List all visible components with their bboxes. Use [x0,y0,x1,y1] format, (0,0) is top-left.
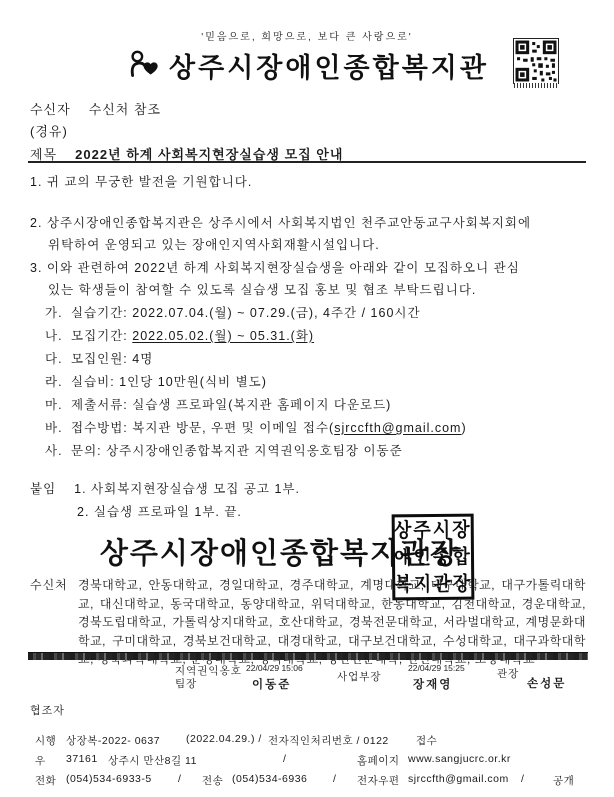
paragraph-3-line1: 3. 이와 관련하여 2022년 하계 사회복지현장실습생을 아래와 같이 모집… [30,258,520,276]
email-address: sjrccfth@gmail.com [408,773,509,785]
slash: / [178,773,181,785]
slash: / [333,773,336,785]
fax-number: (054)534-6936 [232,773,307,785]
approver3-title: 관장 [497,668,527,681]
recipient-value: 수신처 참조 [89,102,161,117]
list-item: 라.실습비: 1인당 10만원(식비 별도) [45,372,267,390]
subject-divider [28,161,586,163]
approver1-timestamp: 22/04/29 15:06 [246,663,303,673]
tel-label: 전화 [35,773,56,788]
signature-title: 상주시장애인종합복지관장 [0,531,560,572]
zip-label: 우 [35,753,46,768]
recipient-label: 수신자 [30,99,71,118]
doc-number: 상장복-2022- 0637 [66,733,160,748]
paragraph-2-line2: 위탁하여 운영되고 있는 장애인지역사회재활시설입니다. [48,235,380,253]
approver1-name: 이동준 [252,676,291,692]
cooperator-label: 협조자 [30,702,65,718]
separator-bar [28,652,588,660]
list-item: 가.실습기간: 2022.07.04.(월) ~ 07.29.(금), 4주간 … [45,303,421,321]
via-line: (경유) [30,121,68,140]
receipt-label: 접수 [416,733,437,748]
paragraph-2-line1: 2. 상주시장애인종합복지관은 상주시에서 사회복지법인 천주교안동교구사회복지… [30,213,531,231]
approver2-title: 사업부장 [337,671,397,684]
list-item: 바.접수방법: 복지관 방문, 우편 및 이메일 접수(sjrccfth@gma… [45,418,467,436]
address: 상주시 만산8길 11 [108,753,197,768]
homepage-label: 홈페이지 [357,753,400,768]
email-label: 전자우편 [357,773,400,788]
qr-caption [514,83,558,88]
list-item: 사.문의: 상주시장애인종합복지관 지역권익옹호팀장 이동준 [45,441,403,459]
recipients-label: 수신처 [30,576,68,593]
subject-value: 2022년 하계 사회복지현장실습생 모집 안내 [75,147,343,162]
homepage-url: www.sangjucrc.or.kr [408,753,511,765]
list-item: 마.제출서류: 실습생 프로파일(복지관 홈페이지 다운로드) [45,395,391,413]
tel-number: (054)534-6933-5 [66,773,152,785]
attachment-line1: 붙임1. 사회복지현장실습생 모집 공고 1부. [30,479,300,497]
paragraph-1: 1. 귀 교의 무궁한 발전을 기원합니다. [30,172,252,190]
org-title: 상주시장애인종합복지관 [169,46,489,85]
recipient-line: 수신자수신처 참조 [30,99,161,118]
approver2-name: 장재영 [413,676,452,692]
paragraph-3-line2: 있는 학생들이 참여할 수 있도록 실습생 모집 홍보 및 협조 부탁드립니다. [48,280,476,298]
org-logo-icon [125,47,163,85]
slash: / [283,753,286,765]
fax-label: 전송 [202,773,223,788]
approver3-name: 손성문 [527,675,566,691]
sent-date: (2022.04.29.) / [186,733,262,745]
attachment-line2: 2. 실습생 프로파일 1부. 끝. [77,502,242,520]
zip-code: 37161 [66,753,98,765]
list-item: 다.모집인원: 4명 [45,349,153,367]
document-page: '믿음으로, 희망으로, 보다 큰 사랑으로' 상주시장애인종합복지관 [0,0,614,797]
attachment-label: 붙임 [30,482,56,496]
approver1-title: 지역권익옹호팀장 [175,665,245,691]
list-item: 나.모집기간: 2022.05.02.(월) ~ 05.31.(화) [45,326,314,344]
sent-label: 시행 [35,733,56,748]
qr-code [513,38,559,84]
eproc-number: 전자직인처리번호 / 0122 [268,733,389,748]
approver2-timestamp: 22/04/29 15:25 [408,663,465,673]
open-label: 공개 [553,773,574,788]
slash: / [521,773,524,785]
